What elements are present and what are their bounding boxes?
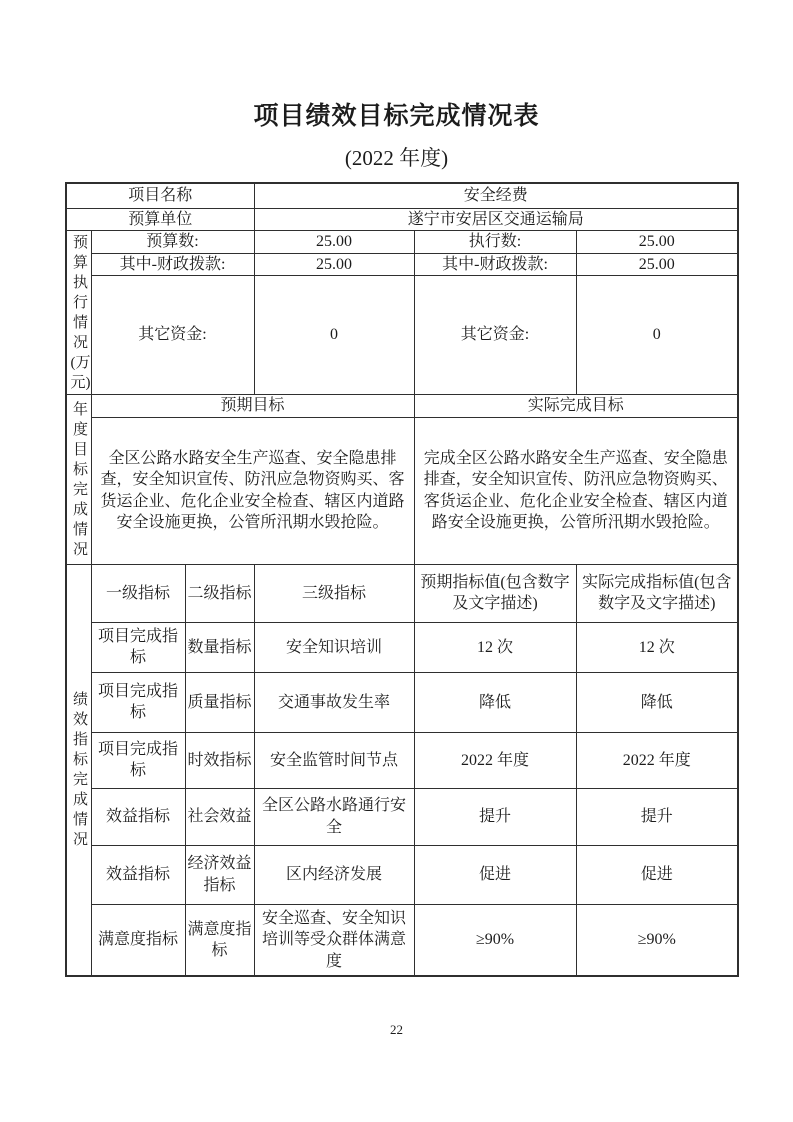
table-row: 效益指标 社会效益 全区公路水路通行安全 提升 提升 — [66, 788, 738, 845]
project-name-value: 安全经费 — [254, 183, 738, 208]
indicator-header-actual: 实际完成指标值(包含数字及文字描述) — [576, 564, 738, 622]
indicator-expected-value: 降低 — [414, 672, 576, 732]
indicator-header-level2: 二级指标 — [185, 564, 254, 622]
indicator-expected-value: 提升 — [414, 788, 576, 845]
page-number: 22 — [0, 1022, 793, 1038]
indicator-actual-value: ≥90% — [576, 904, 738, 976]
indicator-level1: 效益指标 — [91, 845, 185, 904]
indicator-level1: 项目完成指标 — [91, 732, 185, 788]
budget-unit-label: 预算单位 — [66, 208, 254, 231]
budget-label: 其中-财政拨款: — [91, 253, 254, 276]
budget-label: 其中-财政拨款: — [414, 253, 576, 276]
project-name-label: 项目名称 — [66, 183, 254, 208]
indicator-level1: 满意度指标 — [91, 904, 185, 976]
table-row: 绩效指标完成情况 一级指标 二级指标 三级指标 预期指标值(包含数字及文字描述)… — [66, 564, 738, 622]
indicator-level2: 经济效益指标 — [185, 845, 254, 904]
indicator-level3: 安全监管时间节点 — [254, 732, 414, 788]
perf-section-label: 绩效指标完成情况 — [66, 564, 91, 976]
indicator-actual-value: 2022 年度 — [576, 732, 738, 788]
budget-label: 其它资金: — [91, 276, 254, 395]
indicator-level2: 数量指标 — [185, 622, 254, 672]
table-row: 全区公路水路安全生产巡查、安全隐患排查，安全知识宣传、防汛应急物资购买、客货运企… — [66, 417, 738, 564]
table-row: 其它资金: 0 其它资金: 0 — [66, 276, 738, 395]
indicator-actual-value: 降低 — [576, 672, 738, 732]
document-page: 项目绩效目标完成情况表 (2022 年度) 项目名称 安全经费 预算单位 遂宁市… — [0, 0, 793, 1122]
indicator-header-expected: 预期指标值(包含数字及文字描述) — [414, 564, 576, 622]
budget-label: 执行数: — [414, 231, 576, 254]
budget-value: 25.00 — [254, 231, 414, 254]
budget-label: 其它资金: — [414, 276, 576, 395]
budget-section-label-text: 预算执行情况(万元) — [69, 233, 91, 393]
actual-goal-text: 完成全区公路水路安全生产巡查、安全隐患排查，安全知识宣传、防汛应急物资购买、客货… — [414, 417, 738, 564]
indicator-level1: 项目完成指标 — [91, 672, 185, 732]
indicator-level3: 安全知识培训 — [254, 622, 414, 672]
indicator-expected-value: 12 次 — [414, 622, 576, 672]
indicator-level2: 满意度指标 — [185, 904, 254, 976]
indicator-level2: 时效指标 — [185, 732, 254, 788]
indicator-actual-value: 12 次 — [576, 622, 738, 672]
perf-section-label-text: 绩效指标完成情况 — [69, 690, 91, 850]
budget-unit-value: 遂宁市安居区交通运输局 — [254, 208, 738, 231]
page-title: 项目绩效目标完成情况表 — [0, 96, 793, 132]
table-row: 项目完成指标 质量指标 交通事故发生率 降低 降低 — [66, 672, 738, 732]
indicator-actual-value: 促进 — [576, 845, 738, 904]
budget-section-label: 预算执行情况(万元) — [66, 231, 91, 395]
table-row: 满意度指标 满意度指标 安全巡查、安全知识培训等受众群体满意度 ≥90% ≥90… — [66, 904, 738, 976]
indicator-expected-value: ≥90% — [414, 904, 576, 976]
indicator-expected-value: 促进 — [414, 845, 576, 904]
table-row: 预算执行情况(万元) 预算数: 25.00 执行数: 25.00 — [66, 231, 738, 254]
indicator-level1: 效益指标 — [91, 788, 185, 845]
budget-value: 25.00 — [254, 253, 414, 276]
expected-goal-header: 预期目标 — [91, 395, 414, 418]
budget-value: 25.00 — [576, 253, 738, 276]
indicator-expected-value: 2022 年度 — [414, 732, 576, 788]
table-row: 其中-财政拨款: 25.00 其中-财政拨款: 25.00 — [66, 253, 738, 276]
indicator-actual-value: 提升 — [576, 788, 738, 845]
annual-section-label: 年度目标完成情况 — [66, 395, 91, 565]
expected-goal-text: 全区公路水路安全生产巡查、安全隐患排查，安全知识宣传、防汛应急物资购买、客货运企… — [91, 417, 414, 564]
performance-table: 项目名称 安全经费 预算单位 遂宁市安居区交通运输局 预算执行情况(万元) 预算… — [65, 182, 739, 977]
table-row: 项目完成指标 数量指标 安全知识培训 12 次 12 次 — [66, 622, 738, 672]
indicator-level3: 全区公路水路通行安全 — [254, 788, 414, 845]
table-row: 年度目标完成情况 预期目标 实际完成目标 — [66, 395, 738, 418]
table-row: 项目名称 安全经费 — [66, 183, 738, 208]
actual-goal-header: 实际完成目标 — [414, 395, 738, 418]
table-row: 预算单位 遂宁市安居区交通运输局 — [66, 208, 738, 231]
page-subtitle: (2022 年度) — [0, 142, 793, 172]
indicator-header-level1: 一级指标 — [91, 564, 185, 622]
budget-value: 0 — [254, 276, 414, 395]
budget-value: 0 — [576, 276, 738, 395]
indicator-level3: 交通事故发生率 — [254, 672, 414, 732]
budget-value: 25.00 — [576, 231, 738, 254]
indicator-level2: 社会效益 — [185, 788, 254, 845]
indicator-level1: 项目完成指标 — [91, 622, 185, 672]
table-row: 项目完成指标 时效指标 安全监管时间节点 2022 年度 2022 年度 — [66, 732, 738, 788]
indicator-level2: 质量指标 — [185, 672, 254, 732]
budget-label: 预算数: — [91, 231, 254, 254]
table-row: 效益指标 经济效益指标 区内经济发展 促进 促进 — [66, 845, 738, 904]
indicator-header-level3: 三级指标 — [254, 564, 414, 622]
annual-section-label-text: 年度目标完成情况 — [69, 400, 91, 560]
indicator-level3: 安全巡查、安全知识培训等受众群体满意度 — [254, 904, 414, 976]
indicator-level3: 区内经济发展 — [254, 845, 414, 904]
